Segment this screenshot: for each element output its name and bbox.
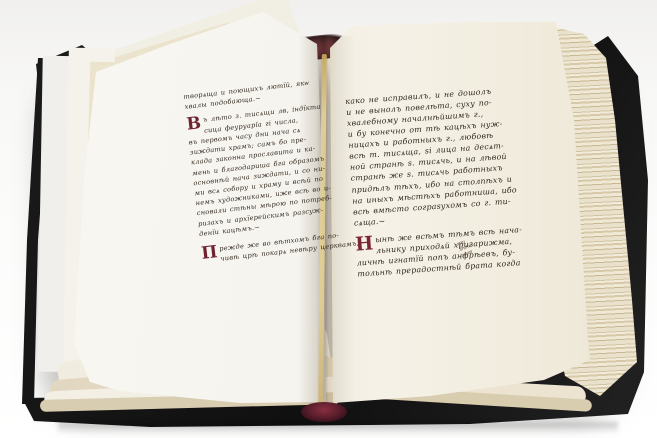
right-page-paragraph-1: како не исправилъ, и не дошолъ и не выно…	[345, 81, 574, 229]
left-page-text-block: творѧща и поющихъ лютїй, якѡ хвалы подоб…	[183, 76, 342, 266]
drop-cap-initial: Н	[355, 235, 374, 252]
drop-cap-initial: В	[186, 117, 202, 133]
contact-shadow	[58, 422, 618, 434]
drop-cap-initial: П	[201, 245, 219, 261]
spine-endband-bottom	[301, 402, 347, 422]
left-page-paragraph-1: В ъ лѣто з. тисѧщи лв, індїкта сица феур…	[186, 101, 339, 239]
photo-open-manuscript-book: творѧща и поющихъ лютїй, якѡ хвалы подоб…	[0, 0, 657, 438]
